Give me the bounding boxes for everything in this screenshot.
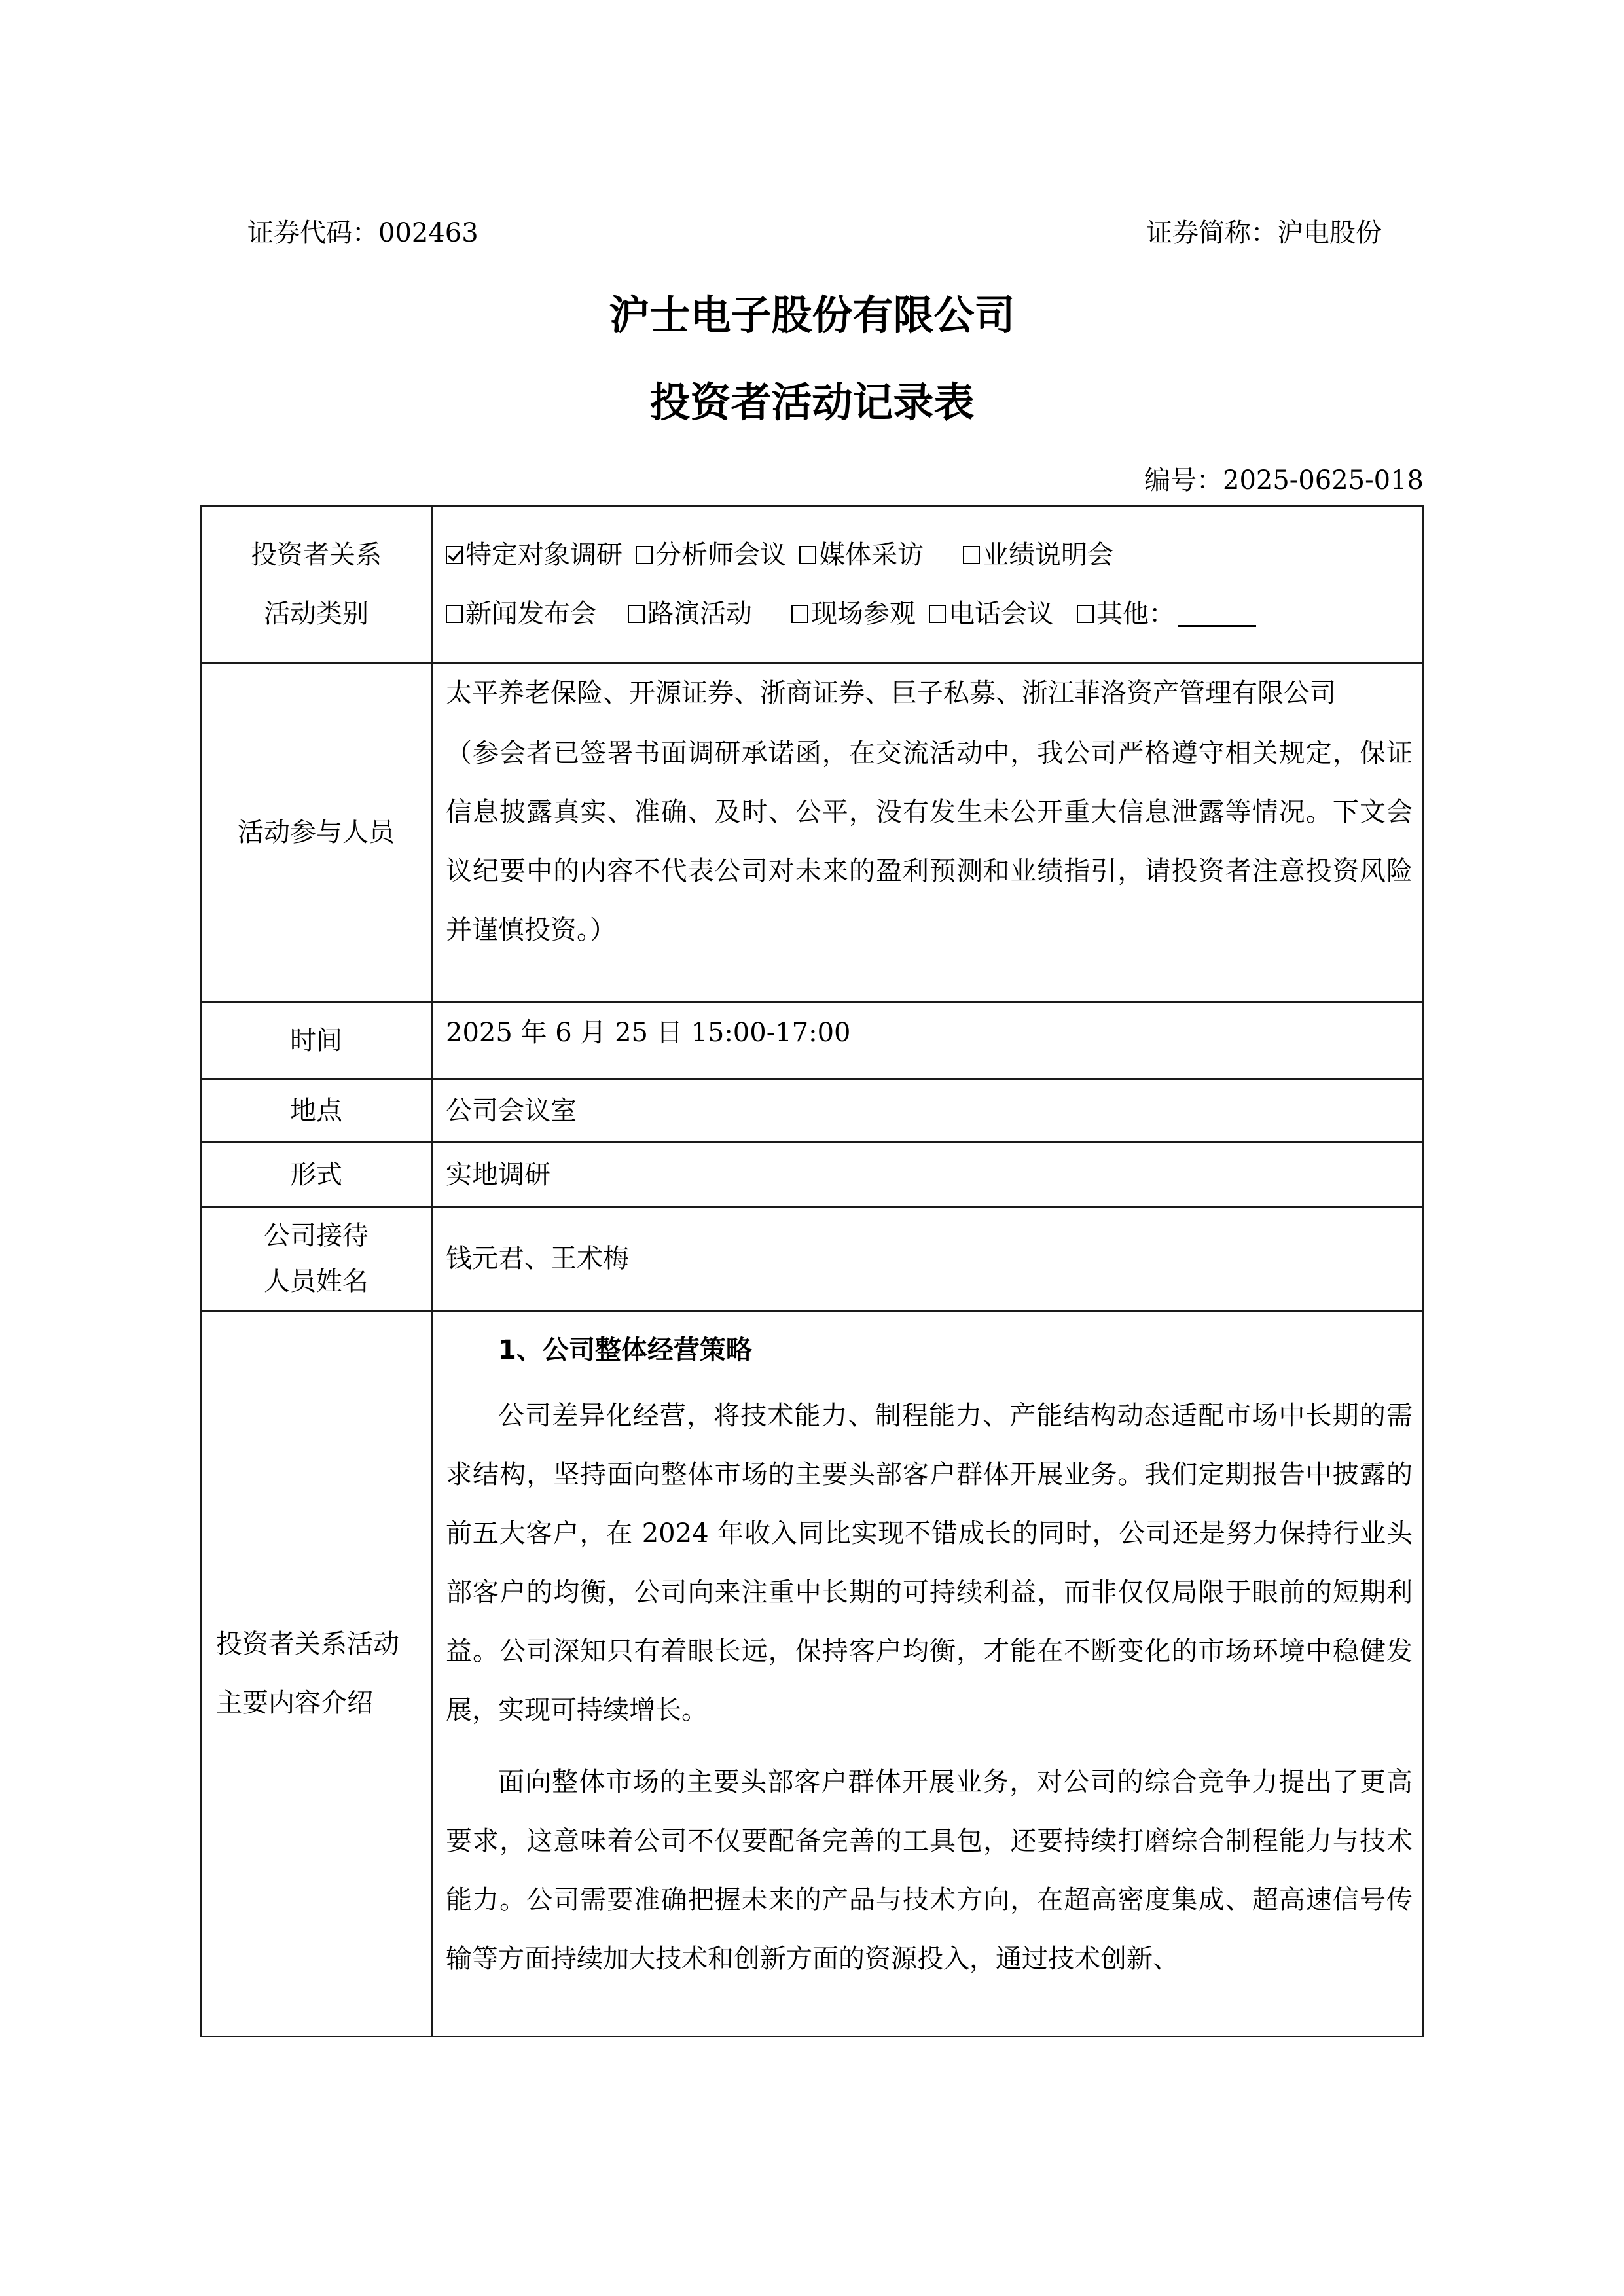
label-line: 投资者关系 [202, 526, 431, 584]
main-content-label: 投资者关系活动 主要内容介绍 [201, 1311, 432, 2037]
checkbox-media-interview[interactable]: 媒体采访 [799, 526, 924, 584]
checkbox-empty-icon[interactable] [791, 605, 808, 623]
stock-code: 证券代码：002463 [247, 216, 478, 250]
document-number: 编号：2025-0625-018 [1144, 463, 1424, 497]
format-value: 实地调研 [432, 1143, 1423, 1207]
time-label: 时间 [201, 1003, 432, 1079]
checkbox-roadshow[interactable]: 路演活动 [628, 584, 752, 643]
participants-disclaimer: （参会者已签署书面调研承诺函，在交流活动中，我公司严格遵守相关规定，保证信息披露… [446, 724, 1413, 960]
format-row: 形式 实地调研 [201, 1143, 1423, 1207]
activity-type-label: 投资者关系 活动类别 [201, 507, 432, 663]
checkbox-label: 电话会议 [948, 584, 1053, 643]
time-value: 2025 年 6 月 25 日 15:00-17:00 [432, 1003, 1423, 1079]
checkbox-row-1: 特定对象调研 分析师会议 媒体采访 业绩说明会 [446, 526, 1413, 584]
content-paragraph: 面向整体市场的主要头部客户群体开展业务，对公司的综合竞争力提出了更高要求，这意味… [446, 1753, 1413, 1988]
checkbox-checked-icon[interactable] [446, 546, 463, 564]
checkbox-analyst-meeting[interactable]: 分析师会议 [636, 526, 786, 584]
label-line: 公司接待 [202, 1213, 431, 1259]
location-row: 地点 公司会议室 [201, 1079, 1423, 1143]
label-line: 主要内容介绍 [216, 1674, 431, 1732]
participants-row: 活动参与人员 太平养老保险、开源证券、浙商证券、巨子私募、浙江菲洛资产管理有限公… [201, 663, 1423, 1003]
section-title: 1、公司整体经营策略 [446, 1321, 1413, 1380]
format-label: 形式 [201, 1143, 432, 1207]
checkbox-empty-icon[interactable] [628, 605, 645, 623]
content-paragraph: 公司差异化经营，将技术能力、制程能力、产能结构动态适配市场中长期的需求结构，坚持… [446, 1386, 1413, 1740]
investor-activity-record-table: 投资者关系 活动类别 特定对象调研 分析师会议 媒体采访 业绩说明会 新闻发布会… [200, 505, 1424, 2037]
time-row: 时间 2025 年 6 月 25 日 15:00-17:00 [201, 1003, 1423, 1079]
participants-label: 活动参与人员 [201, 663, 432, 1003]
checkbox-label: 特定对象调研 [465, 526, 623, 584]
checkbox-earnings-briefing[interactable]: 业绩说明会 [963, 526, 1113, 584]
form-title: 投资者活动记录表 [0, 376, 1624, 429]
checkbox-row-2: 新闻发布会 路演活动 现场参观 电话会议 其他： [446, 584, 1413, 643]
checkbox-site-visit[interactable]: 现场参观 [791, 584, 916, 643]
checkbox-label: 业绩说明会 [983, 526, 1113, 584]
activity-type-options: 特定对象调研 分析师会议 媒体采访 业绩说明会 新闻发布会 路演活动 现场参观 … [432, 507, 1423, 663]
checkbox-label: 新闻发布会 [465, 584, 596, 643]
checkbox-empty-icon[interactable] [636, 546, 653, 564]
checkbox-specific-research[interactable]: 特定对象调研 [446, 526, 623, 584]
location-label: 地点 [201, 1079, 432, 1143]
company-title: 沪士电子股份有限公司 [0, 289, 1624, 342]
checkbox-label: 分析师会议 [655, 526, 786, 584]
label-line: 投资者关系活动 [216, 1615, 431, 1674]
checkbox-label: 媒体采访 [819, 526, 924, 584]
checkbox-conference-call[interactable]: 电话会议 [929, 584, 1053, 643]
activity-type-row: 投资者关系 活动类别 特定对象调研 分析师会议 媒体采访 业绩说明会 新闻发布会… [201, 507, 1423, 663]
stock-abbreviation: 证券简称：沪电股份 [1146, 216, 1382, 250]
checkbox-empty-icon[interactable] [1077, 605, 1094, 623]
other-blank-field[interactable] [1178, 601, 1256, 627]
checkbox-empty-icon[interactable] [446, 605, 463, 623]
checkbox-label: 现场参观 [811, 584, 916, 643]
checkbox-empty-icon[interactable] [929, 605, 946, 623]
reception-row: 公司接待 人员姓名 钱元君、王术梅 [201, 1207, 1423, 1311]
checkbox-label: 路演活动 [647, 584, 752, 643]
label-line: 活动类别 [202, 584, 431, 643]
checkbox-press-conference[interactable]: 新闻发布会 [446, 584, 596, 643]
location-value: 公司会议室 [432, 1079, 1423, 1143]
label-line: 人员姓名 [202, 1259, 431, 1304]
checkbox-empty-icon[interactable] [799, 546, 816, 564]
main-content-row: 投资者关系活动 主要内容介绍 1、公司整体经营策略 公司差异化经营，将技术能力、… [201, 1311, 1423, 2037]
reception-value: 钱元君、王术梅 [432, 1207, 1423, 1311]
checkbox-label: 其他： [1096, 584, 1175, 643]
reception-label: 公司接待 人员姓名 [201, 1207, 432, 1311]
main-content-body: 1、公司整体经营策略 公司差异化经营，将技术能力、制程能力、产能结构动态适配市场… [432, 1311, 1423, 2037]
checkbox-other[interactable]: 其他： [1077, 584, 1256, 643]
participants-value: 太平养老保险、开源证券、浙商证券、巨子私募、浙江菲洛资产管理有限公司 （参会者已… [432, 663, 1423, 1003]
participant-orgs: 太平养老保险、开源证券、浙商证券、巨子私募、浙江菲洛资产管理有限公司 [446, 664, 1413, 723]
checkbox-empty-icon[interactable] [963, 546, 980, 564]
